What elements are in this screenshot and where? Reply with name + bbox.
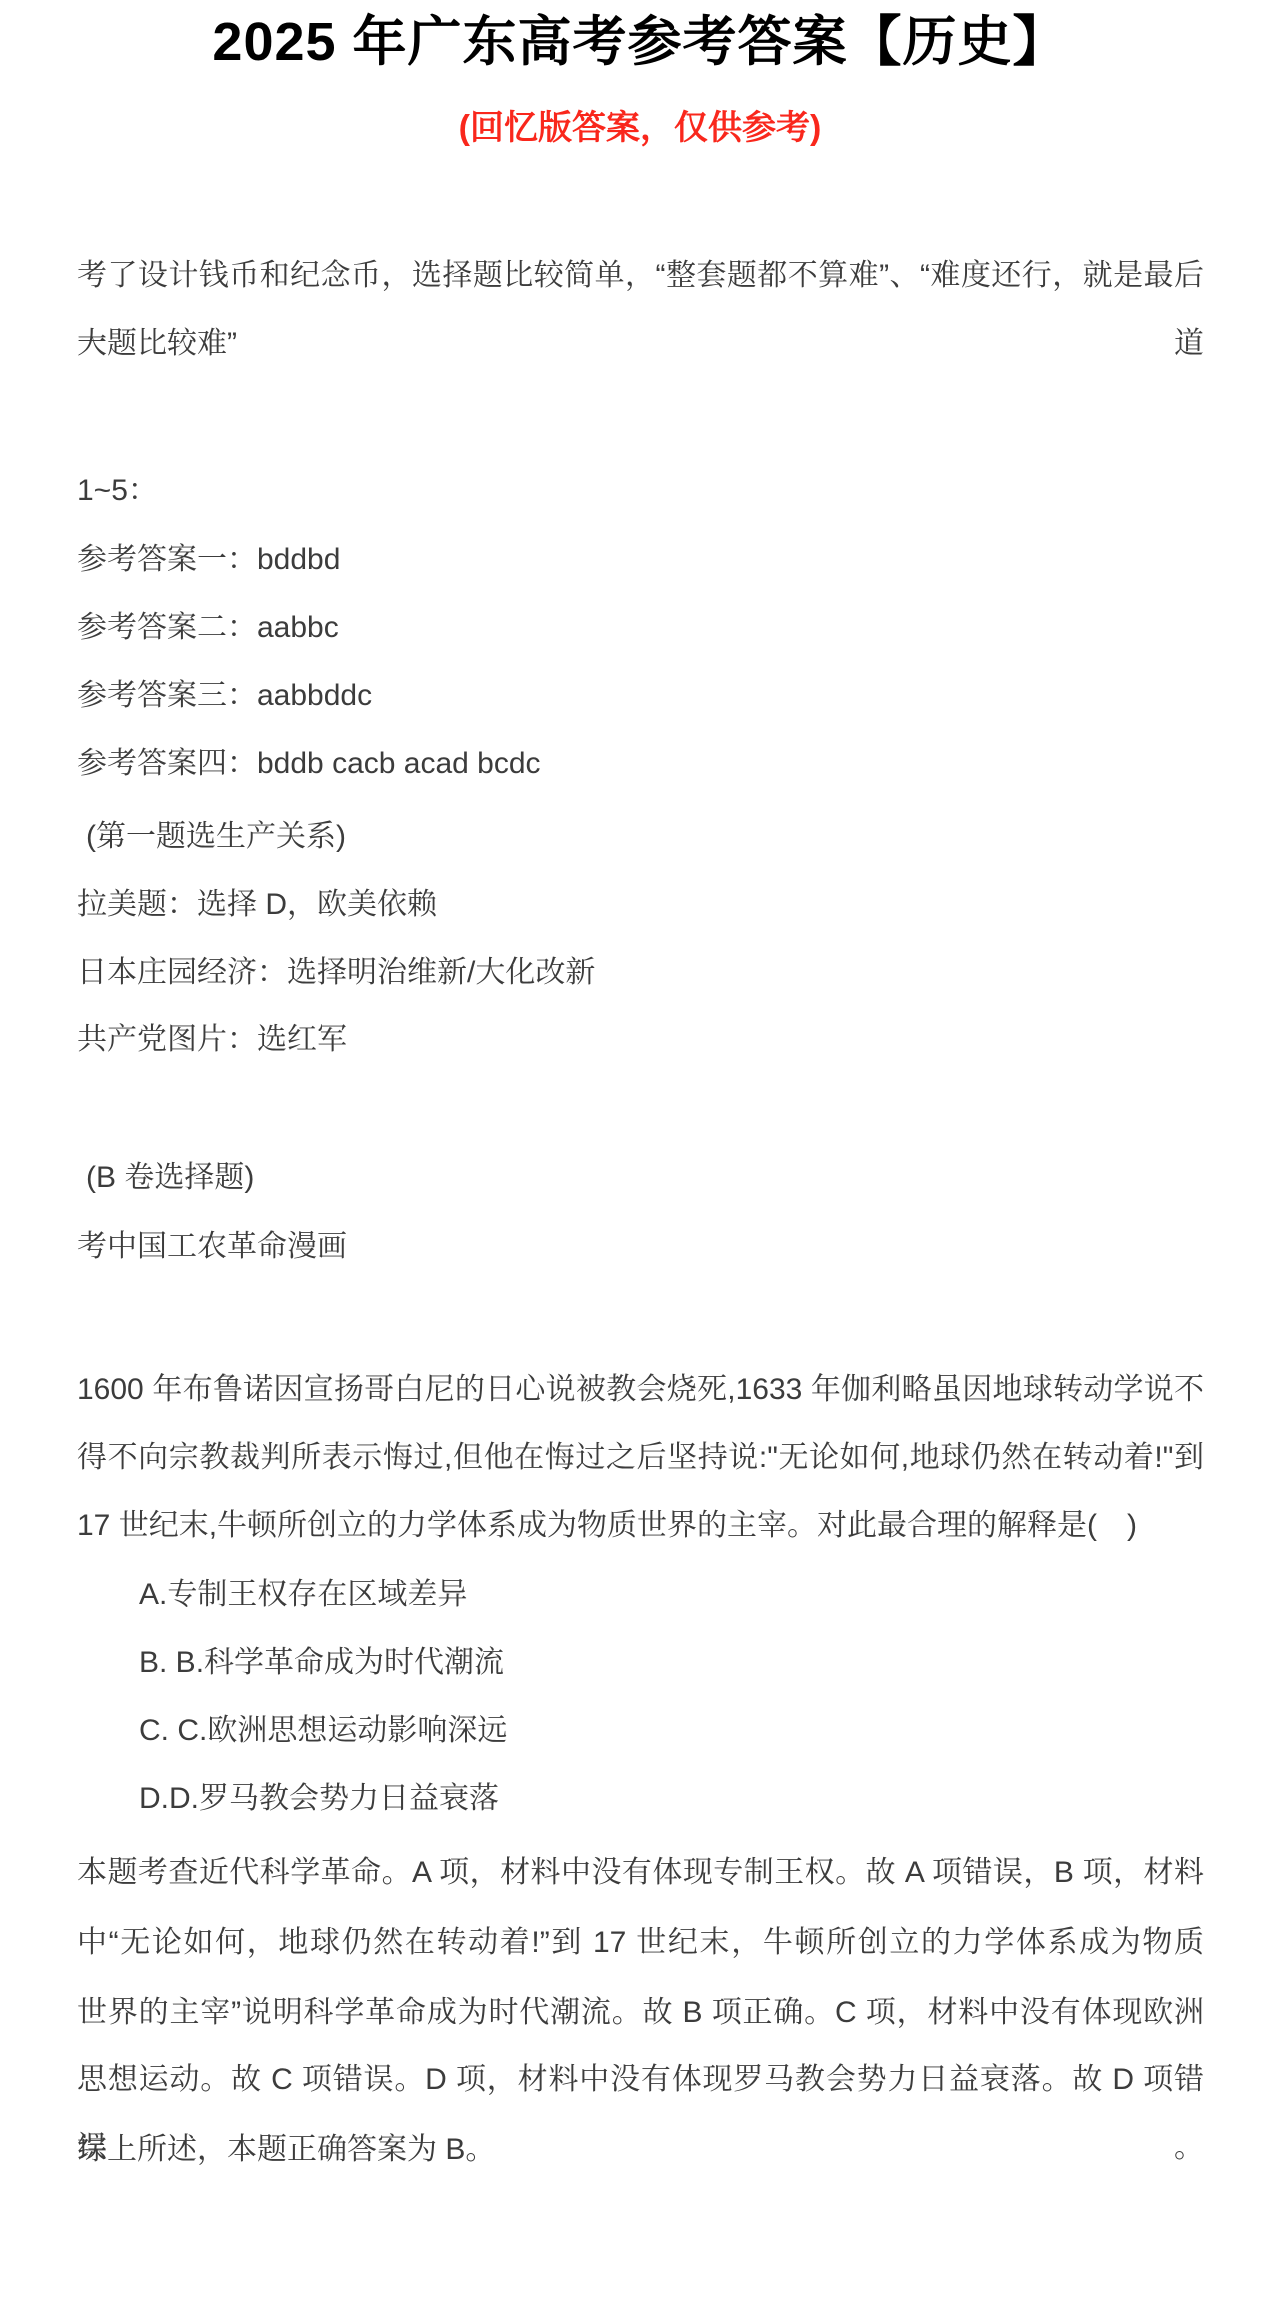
ccp-answer: 共产党图片：选红军 [77, 1006, 1204, 1074]
explanation-line-5: 综上所述，本题正确答案为 B。 [77, 2116, 1204, 2184]
option-b: B. B.科学革命成为时代潮流 [139, 1629, 1266, 1697]
question-range-label: 1~5： [77, 457, 1204, 525]
question-line-3: 17 世纪末,牛顿所创立的力学体系成为物质世界的主宰。对此最合理的解释是( ) [77, 1492, 1204, 1560]
japan-answer: 日本庄园经济：选择明治维新/大化改新 [77, 939, 1204, 1007]
option-d: D.D.罗马教会势力日益衰落 [139, 1765, 1266, 1833]
option-a: A.专制王权存在区域差异 [139, 1561, 1266, 1629]
option-c: C. C.欧洲思想运动影响深远 [139, 1697, 1266, 1765]
latam-answer: 拉美题：选择 D，欧美依赖 [77, 871, 1204, 939]
page-title: 2025 年广东高考参考答案【历史】 [0, 6, 1280, 78]
question-line-1: 1600 年布鲁诺因宣扬哥白尼的日心说被教会烧死,1633 年伽利略虽因地球转动… [77, 1356, 1204, 1424]
page-subtitle: (回忆版答案，仅供参考) [0, 104, 1280, 152]
answer-version-1: 参考答案一：bddbd [77, 526, 1204, 594]
document-page: 2025 年广东高考参考答案【历史】 (回忆版答案，仅供参考) 考了设计钱币和纪… [0, 0, 1280, 2312]
answer-version-4: 参考答案四：bddb cacb acad bcdc [77, 730, 1204, 798]
answer-version-2: 参考答案二：aabbc [77, 594, 1204, 662]
question-line-2: 得不向宗教裁判所表示悔过,但他在悔过之后坚持说:"无论如何,地球仍然在转动着!"… [77, 1424, 1204, 1492]
explanation-line-3: 世界的主宰”说明科学革命成为时代潮流。故 B 项正确。C 项，材料中没有体现欧洲 [77, 1979, 1204, 2047]
explanation-line-1: 本题考查近代科学革命。A 项，材料中没有体现专制王权。故 A 项错误，B 项，材… [77, 1839, 1204, 1907]
paper-b-note: (B 卷选择题) [86, 1144, 1213, 1212]
answer-version-3: 参考答案三：aabbddc [77, 662, 1204, 730]
paper-b-topic: 考中国工农革命漫画 [77, 1213, 1204, 1281]
first-question-note: (第一题选生产关系) [86, 803, 1213, 871]
explanation-line-2: 中“无论如何，地球仍然在转动着!”到 17 世纪末，牛顿所创立的力学体系成为物质 [77, 1909, 1204, 1977]
intro-line-2: 大题比较难” [77, 310, 1204, 378]
